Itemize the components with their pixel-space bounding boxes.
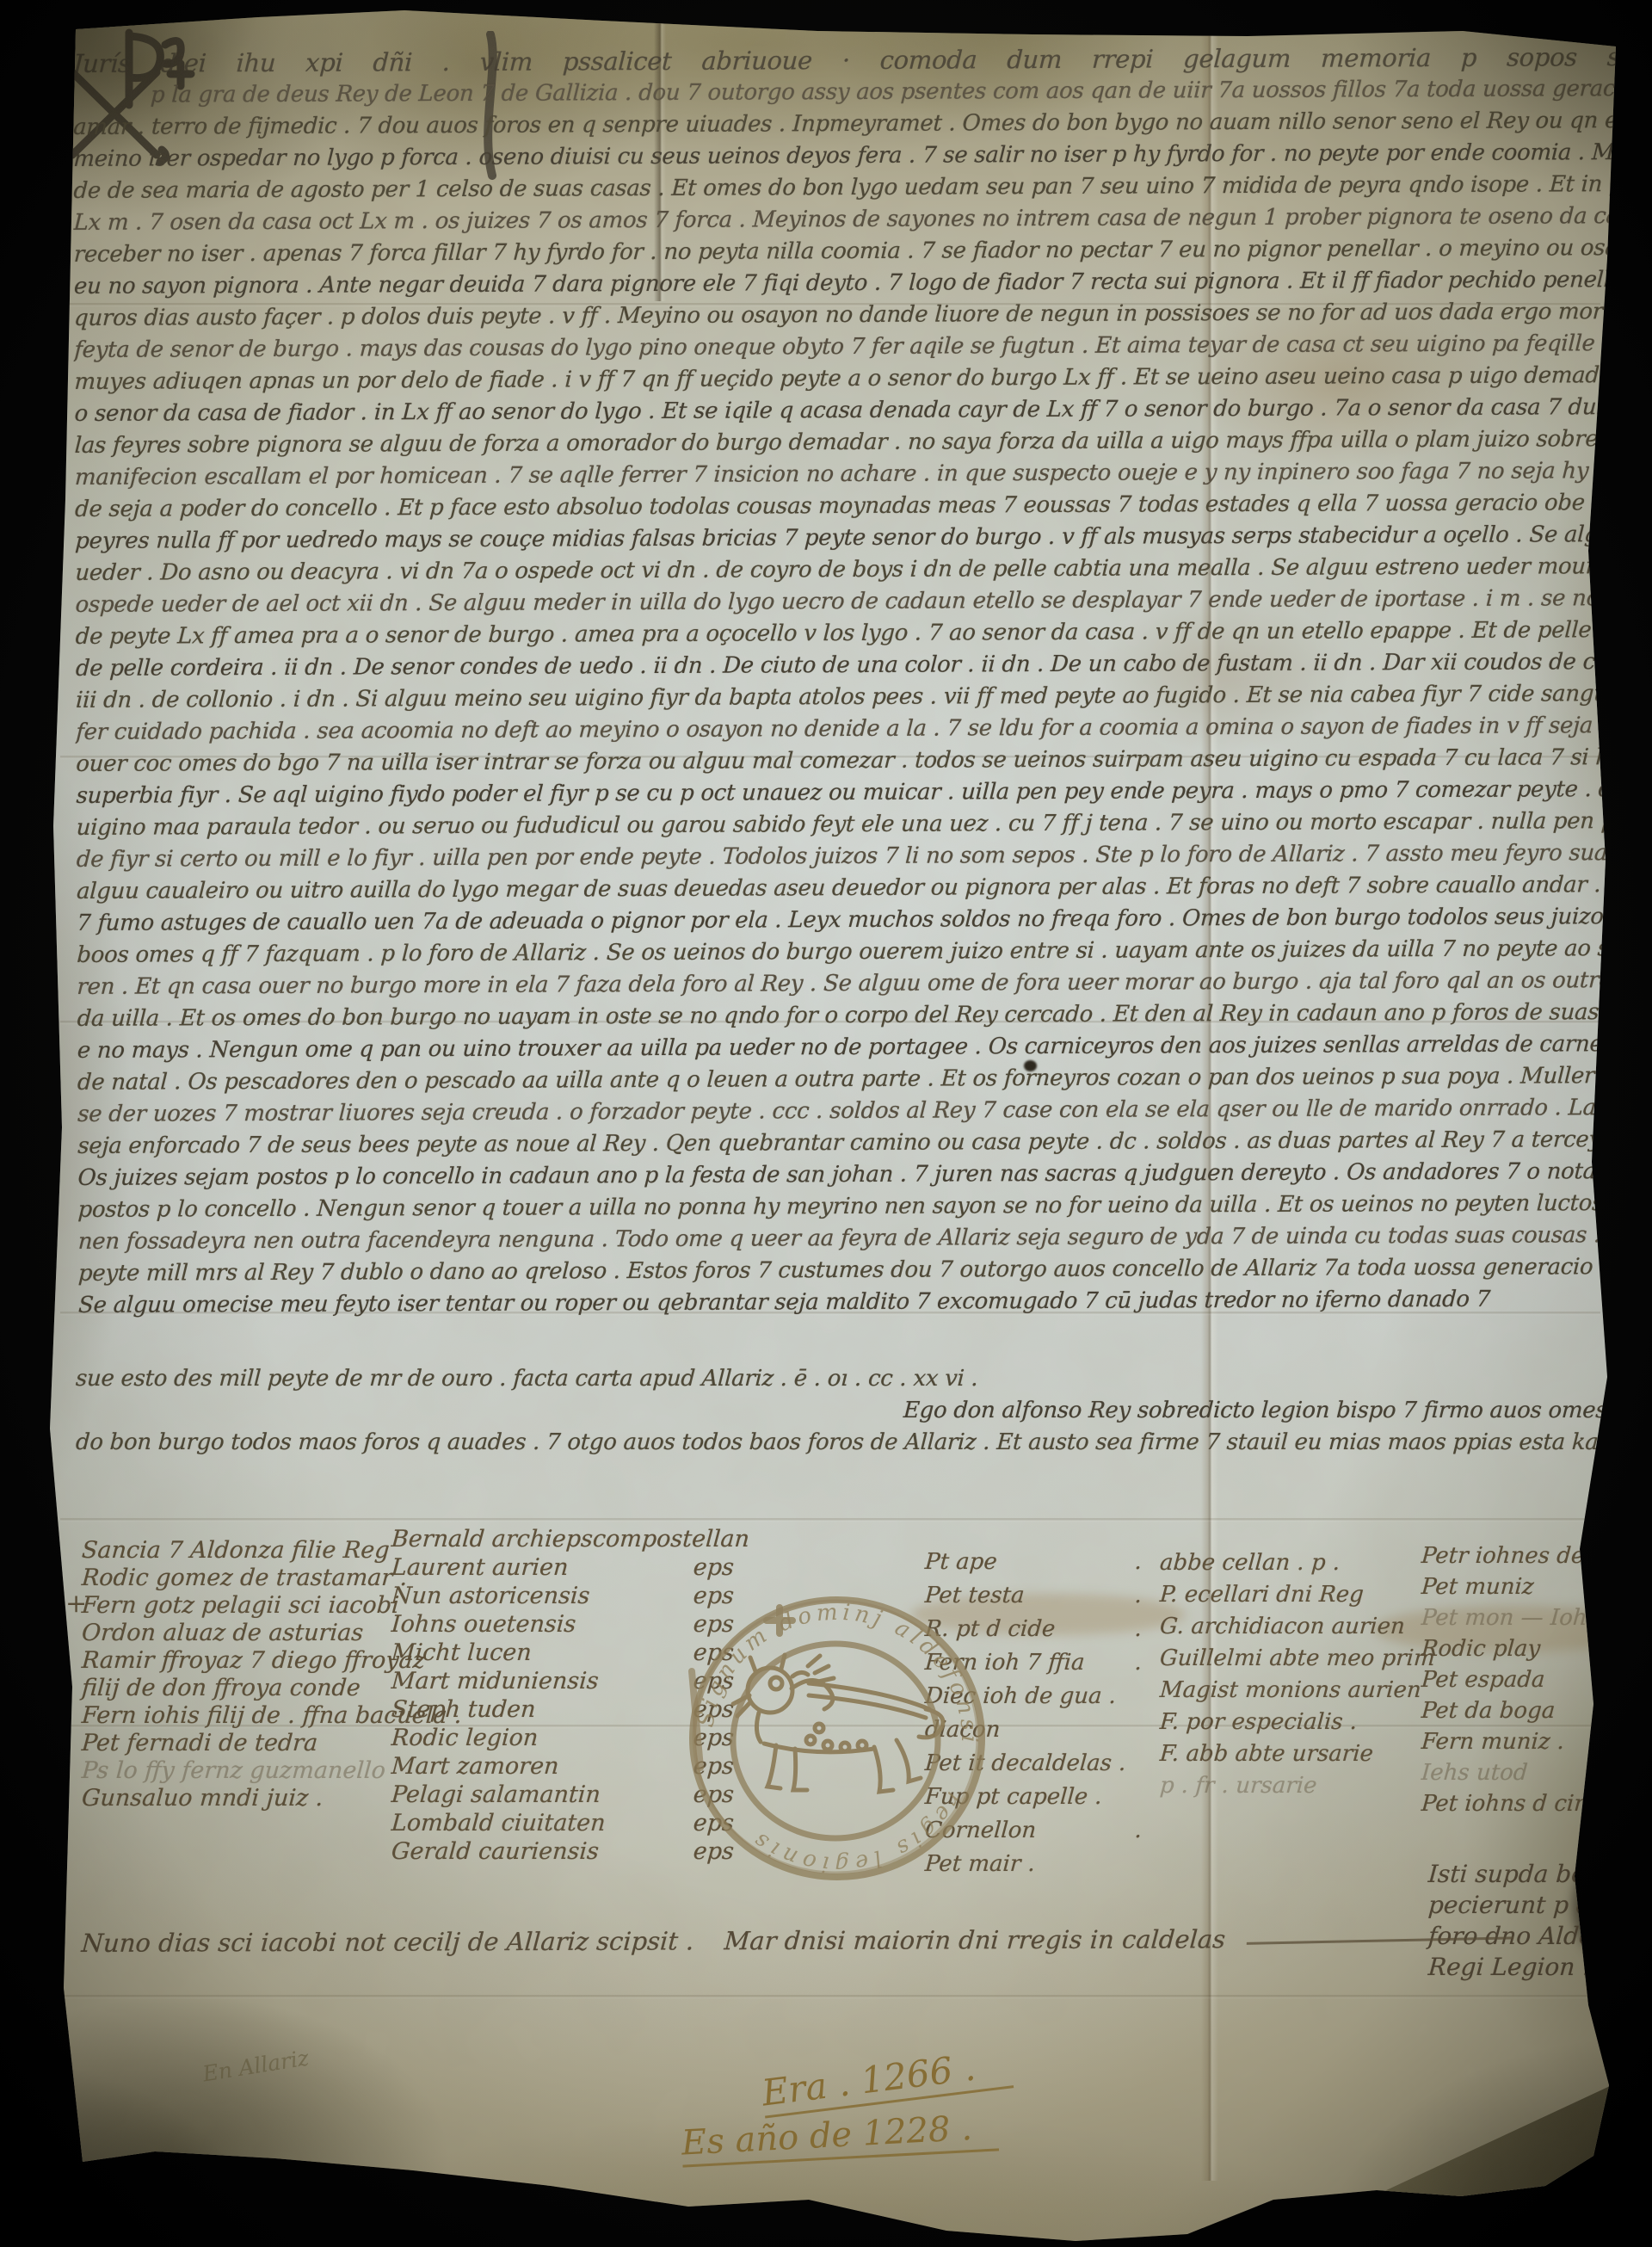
- signatory-name: Gerald cauriensis: [391, 1837, 600, 1866]
- signature-row: Petr iohnes de Allariz: [1421, 1540, 1652, 1571]
- signatory-title: .: [1133, 1646, 1143, 1680]
- signature-row: Magist monions aurien: [1159, 1675, 1424, 1707]
- signatory-name: Pet iohns d cimadeuilla: [1421, 1791, 1652, 1817]
- signature-row: Pet iohns d cimadeuilla: [1421, 1788, 1652, 1819]
- signatory-name: Mart miduniensis: [391, 1667, 600, 1695]
- signature-row: Pet mon — Ioh abelle: [1421, 1602, 1652, 1633]
- signature-row: Bernald archiepscompostellan: [391, 1525, 735, 1553]
- signatory-name: Ordon aluaz de asturias: [81, 1620, 364, 1646]
- attestation-line: Isti supda berenssis: [1427, 1859, 1652, 1890]
- signatory-name: Pet muniz: [1421, 1574, 1535, 1600]
- signatory-name: Rodic play: [1421, 1636, 1541, 1662]
- signature-row: p . fr . ursarie: [1159, 1770, 1424, 1802]
- notary-text: Nuno dias sci iacobi not cecilj de Allar…: [81, 1926, 695, 1957]
- signature-row: Iehs utod: [1421, 1757, 1652, 1788]
- signature-row: G. archidiacon aurien: [1159, 1611, 1424, 1643]
- signature-row: F. por especialis .: [1159, 1707, 1424, 1738]
- signature-row: abbe cellan . p .: [1159, 1547, 1424, 1579]
- signatory-name: Iohns ouetensis: [391, 1610, 577, 1639]
- signatory-name: Steph tuden: [391, 1695, 537, 1724]
- signature-row: P. ecellari dni Reg: [1159, 1579, 1424, 1611]
- signature-row: Laurent aurieneps: [391, 1553, 735, 1582]
- horizontal-fold-crease: [60, 1518, 1600, 1522]
- signatory-name: Ps lo ffy fernz guzmanello: [81, 1757, 386, 1784]
- svg-text:regis legionis: regis legionis: [745, 1787, 967, 1878]
- attestation-line: pecierunt p dictu: [1427, 1890, 1652, 1921]
- charter-body-text: Jurís diei ihu xpi dñi . vlim pssalicet …: [73, 41, 1625, 1322]
- signatory-name: Fern gotz pelagii sci iacobi: [81, 1592, 400, 1619]
- signatory-name: F. abb abte ursarie: [1159, 1741, 1374, 1767]
- royal-subscription-line: Ego don alfonso Rey sobredicto legion bi…: [75, 1395, 1652, 1427]
- signatory-title: .: [1133, 1579, 1143, 1613]
- signatory-name: Rodic legion: [391, 1724, 539, 1752]
- signatory-name: Ramir ffroyaz 7 diego ffroyaz: [81, 1647, 426, 1674]
- signature-row: F. abb abte ursarie: [1159, 1738, 1424, 1770]
- signatory-name: Petr iohnes de Allariz: [1421, 1543, 1652, 1569]
- signatory-name: Magist monions aurien: [1159, 1677, 1422, 1703]
- attestation-line: Regi Legion .: [1427, 1952, 1652, 1983]
- signature-row: Pt ape.: [924, 1546, 1143, 1579]
- signatory-name: P. ecellari dni Reg: [1159, 1582, 1365, 1608]
- era-date-annotation: Era . 1266 .: [760, 2041, 1014, 2118]
- signatory-name: Mart zamoren: [391, 1752, 560, 1781]
- signature-row: Pet muniz: [1421, 1571, 1652, 1602]
- year-date-annotation: Es año de 1228 .: [681, 2107, 999, 2167]
- signature-row: Rodic play: [1421, 1633, 1652, 1664]
- royal-seal-signum: Signum dominj aldefonsi regis legionis: [678, 1585, 998, 1897]
- signatory-name: Pet fernadi de tedra: [81, 1730, 318, 1756]
- parchment-document: Jurís diei ihu xpi dñi . vlim pssalicet …: [0, 0, 1652, 2247]
- signatory-title: compostellan: [592, 1525, 750, 1553]
- signatory-title: eps: [693, 1553, 735, 1582]
- signatory-name: Nun astoricensis: [391, 1582, 591, 1610]
- signatory-name: F. por especialis .: [1159, 1709, 1358, 1735]
- signatory-name: p . fr . ursarie: [1159, 1773, 1318, 1799]
- place-annotation: En Allariz: [200, 2045, 310, 2086]
- signatory-title: .: [1133, 1546, 1143, 1579]
- signatory-name: Pet da boga: [1421, 1698, 1556, 1724]
- signatory-name: Pelagi salamantin: [391, 1781, 601, 1809]
- signatory-name: Bernald archieps: [391, 1525, 594, 1553]
- charter-text-line: Se alguu omecise meu feyto iser tentar o…: [77, 1283, 1626, 1322]
- signatory-name: Rodic gomez de trastamar .: [81, 1565, 409, 1591]
- confirmation-line: do bon burgo todos maos foros q auades .…: [75, 1427, 1624, 1459]
- pen-flourish-line: [1247, 1936, 1514, 1944]
- signatory-title: .: [1133, 1814, 1143, 1848]
- signature-row: Pet espada: [1421, 1664, 1652, 1695]
- signature-row: Pet da boga: [1421, 1695, 1652, 1726]
- signatory-name: Iehs utod: [1421, 1760, 1529, 1786]
- signatory-name: abbe cellan . p .: [1159, 1550, 1341, 1576]
- notary-subscription-line: Nuno dias sci iacobi not cecilj de Allar…: [81, 1923, 1515, 1958]
- signature-column-clergy-2: abbe cellan . p .P. ecellari dni RegG. a…: [1160, 1547, 1422, 1802]
- seal-inner-ring: [733, 1644, 938, 1838]
- attestation-block: Isti supda berenssispecierunt p dictufor…: [1428, 1859, 1652, 1983]
- signatory-name: Pet espada: [1421, 1667, 1546, 1693]
- signatory-name: Sancia 7 Aldonza filie Reg: [81, 1537, 391, 1564]
- signatory-name: G. archidiacon aurien: [1159, 1614, 1406, 1639]
- horizontal-fold-crease: [60, 1995, 1600, 1999]
- signatory-title: .: [1133, 1613, 1143, 1646]
- signature-row: Guillelmi abte meo prim: [1159, 1643, 1424, 1675]
- signatory-name: Pt ape: [924, 1546, 998, 1579]
- signatory-name: filij de don ffroya conde: [81, 1675, 361, 1701]
- signatory-name: Gunsaluo mndi juiz .: [81, 1785, 324, 1812]
- majordomo-text: Mar dnisi maiorin dni rregis in caldelas: [724, 1924, 1227, 1955]
- signature-row: Fern muniz .: [1421, 1726, 1652, 1757]
- signatory-name: Laurent aurien: [391, 1553, 570, 1582]
- dating-clause-line: sue esto des mill peyte de mr de ouro . …: [75, 1363, 989, 1395]
- signature-column-townsmen: Petr iohnes de AllarizPet munizPet mon —…: [1421, 1540, 1652, 1819]
- seal-legend-bottom: regis legionis: [745, 1787, 967, 1878]
- bottom-right-fold: [1366, 2071, 1618, 2201]
- signatory-name: Micht lucen: [391, 1639, 533, 1667]
- photo-background: Jurís diei ihu xpi dñi . vlim pssalicet …: [0, 0, 1652, 2247]
- signatory-name: Lombald ciuitaten: [391, 1809, 607, 1837]
- signatory-name: Pet mon — Ioh abelle: [1421, 1605, 1652, 1631]
- signatory-name: Guillelmi abte meo prim: [1159, 1645, 1436, 1671]
- dark-edge-stain: [1573, 1850, 1652, 1962]
- signatory-name: Fern muniz .: [1421, 1729, 1565, 1755]
